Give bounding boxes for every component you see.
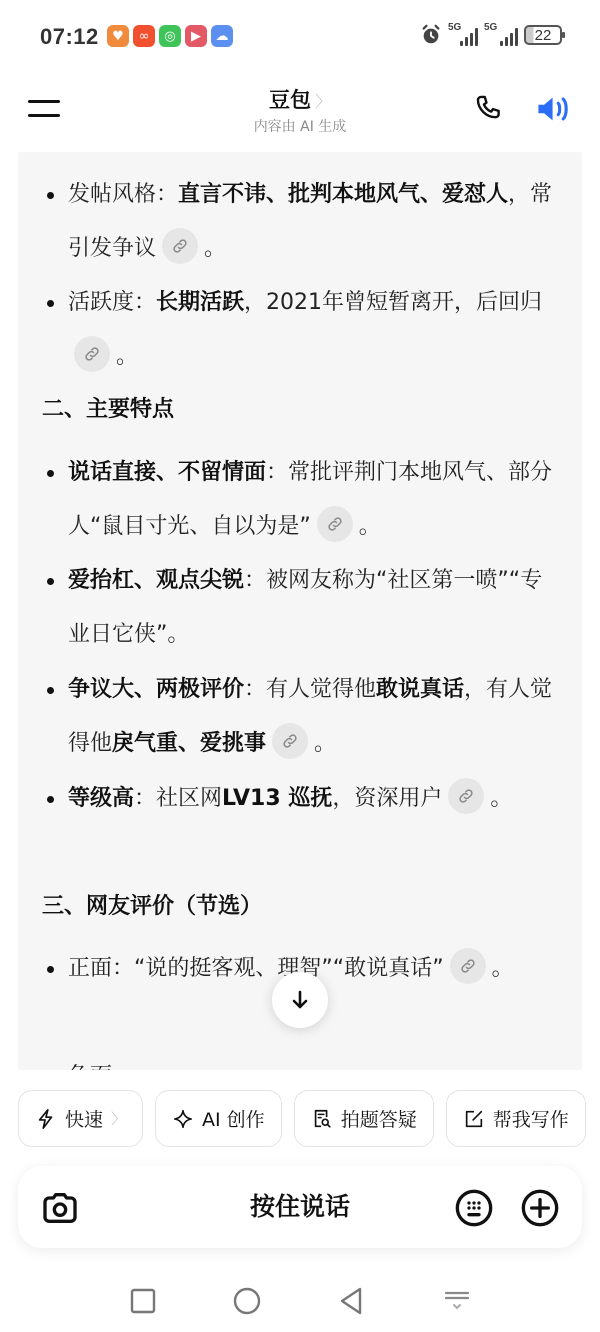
- quick-action-chips: 快速 〉 AI 创作 拍题答疑 帮我写作: [18, 1090, 586, 1147]
- home-button[interactable]: [232, 1286, 262, 1316]
- bot-title-area[interactable]: 豆包〉 内容由 AI 生成: [0, 84, 600, 136]
- punctuation: 。: [116, 344, 138, 369]
- edit-icon: [463, 1108, 485, 1130]
- punctuation: 。: [314, 731, 336, 756]
- chip-label: 快速: [65, 1105, 103, 1132]
- square-icon: [128, 1286, 158, 1316]
- camera-icon: [40, 1188, 80, 1228]
- list-item-clipped: 负面：……: [68, 1050, 562, 1070]
- citation-link-button[interactable]: [162, 228, 198, 264]
- video-app-icon: ▶: [185, 25, 207, 47]
- chevron-right-icon: 〉: [111, 1108, 126, 1129]
- keyboard-icon: [454, 1188, 494, 1228]
- plus-circle-icon: [520, 1188, 560, 1228]
- bold-text: 爱抬杠、观点尖锐: [68, 568, 244, 593]
- ai-generated-note: 内容由 AI 生成: [0, 116, 600, 136]
- kuaishou-app-icon: ∞: [133, 25, 155, 47]
- bold-text: 敢说真话: [376, 677, 464, 702]
- system-nav-bar: [0, 1270, 600, 1332]
- speaker-button[interactable]: [534, 92, 574, 126]
- link-icon: [281, 732, 299, 750]
- chip-label: 帮我写作: [493, 1105, 569, 1132]
- bot-name[interactable]: 豆包: [269, 88, 311, 112]
- link-icon: [457, 787, 475, 805]
- chip-label: 拍题答疑: [341, 1105, 417, 1132]
- bold-text: 直言不讳、批判本地风气、爱怼人: [178, 182, 508, 207]
- list-item: 活跃度：长期活跃，2021年曾短暂离开，后回归。: [68, 276, 562, 384]
- input-bar: 按住说话: [18, 1166, 582, 1248]
- circle-icon: [232, 1286, 262, 1316]
- nav-menu-icon: [442, 1286, 472, 1316]
- link-icon: [326, 515, 344, 533]
- punctuation: 。: [204, 236, 226, 261]
- weather-app-icon: ☁: [211, 25, 233, 47]
- list-item: 爱抬杠、观点尖锐：被网友称为“社区第一喷”“专业日它侠”。: [68, 554, 562, 662]
- text: 负面：……: [68, 1064, 178, 1070]
- scroll-to-bottom-button[interactable]: [272, 972, 328, 1028]
- text: 活跃度：: [68, 290, 156, 315]
- signal-strength-2: 5G: [484, 24, 518, 46]
- phone-call-button[interactable]: [472, 92, 506, 126]
- text: ，2021年曾短暂离开，后回归: [244, 290, 542, 315]
- link-icon: [459, 957, 477, 975]
- ai-response-card: 发帖风格：直言不讳、批判本地风气、爱怼人，常引发争议。 活跃度：长期活跃，202…: [18, 152, 582, 1070]
- status-time: 07:12: [40, 24, 99, 50]
- add-attachment-button[interactable]: [520, 1188, 560, 1228]
- back-button[interactable]: [336, 1286, 366, 1316]
- chip-fast[interactable]: 快速 〉: [18, 1090, 143, 1147]
- chevron-right-icon: 〉: [315, 92, 331, 111]
- chip-photo-question[interactable]: 拍题答疑: [294, 1090, 434, 1147]
- nav-menu-button[interactable]: [442, 1286, 472, 1316]
- phone-icon: [472, 92, 506, 126]
- punctuation: 。: [490, 786, 512, 811]
- bold-text: 争议大、两极评价: [68, 677, 244, 702]
- chat-header: 豆包〉 内容由 AI 生成: [0, 72, 600, 148]
- punctuation: 。: [492, 956, 514, 981]
- citation-link-button[interactable]: [450, 948, 486, 984]
- list-item: 争议大、两极评价：有人觉得他敢说真话，有人觉得他戾气重、爱挑事。: [68, 663, 562, 771]
- link-icon: [83, 345, 101, 363]
- arrow-down-icon: [288, 988, 312, 1012]
- sparkle-icon: [172, 1108, 194, 1130]
- alarm-icon: [420, 24, 442, 46]
- bold-text: 长期活跃: [156, 290, 244, 315]
- battery-indicator: 22: [524, 25, 562, 45]
- bold-text: 说话直接、不留情面: [68, 460, 266, 485]
- status-bar: 07:12 ♥∞◎▶☁ 5G 5G 22: [0, 0, 600, 72]
- text: ：有人觉得他: [244, 677, 376, 702]
- hold-to-talk-button[interactable]: 按住说话: [178, 1166, 422, 1248]
- citation-link-button[interactable]: [272, 723, 308, 759]
- signal-strength-1: 5G: [448, 24, 478, 46]
- citation-link-button[interactable]: [317, 506, 353, 542]
- bold-text: 等级高: [68, 786, 134, 811]
- keyboard-button[interactable]: [454, 1188, 494, 1228]
- health-app-icon: ♥: [107, 25, 129, 47]
- camera-button[interactable]: [40, 1188, 80, 1228]
- section-heading: 二、主要特点: [42, 390, 174, 430]
- list-item: 发帖风格：直言不讳、批判本地风气、爱怼人，常引发争议。: [68, 168, 562, 276]
- text: ，资深用户: [332, 786, 442, 811]
- list-item: 等级高：社区网LV13 巡抚，资深用户。: [68, 772, 562, 826]
- wechat-app-icon: ◎: [159, 25, 181, 47]
- recents-button[interactable]: [128, 1286, 158, 1316]
- notification-icons: ♥∞◎▶☁: [107, 25, 233, 47]
- section-heading: 三、网友评价（节选）: [42, 887, 262, 927]
- chip-label: AI 创作: [202, 1105, 265, 1132]
- text: ：社区网: [134, 786, 222, 811]
- speaker-volume-icon: [534, 92, 574, 126]
- chip-help-write[interactable]: 帮我写作: [446, 1090, 586, 1147]
- citation-link-button[interactable]: [448, 778, 484, 814]
- list-item: 说话直接、不留情面：常批评荆门本地风气、部分人“鼠目寸光、自以为是”。: [68, 446, 562, 554]
- chip-ai-create[interactable]: AI 创作: [155, 1090, 282, 1147]
- text: 发帖风格：: [68, 182, 178, 207]
- citation-link-button[interactable]: [74, 336, 110, 372]
- triangle-back-icon: [336, 1286, 366, 1316]
- lightning-icon: [35, 1108, 57, 1130]
- link-icon: [171, 237, 189, 255]
- status-right: 5G 5G 22: [420, 24, 562, 46]
- bold-text: LV13 巡抚: [222, 786, 332, 811]
- bold-text: 戾气重、爱挑事: [112, 731, 266, 756]
- doc-search-icon: [311, 1108, 333, 1130]
- text: 正面：“说的挺客观、理智”“敢说真话”: [68, 956, 444, 981]
- punctuation: 。: [359, 514, 381, 539]
